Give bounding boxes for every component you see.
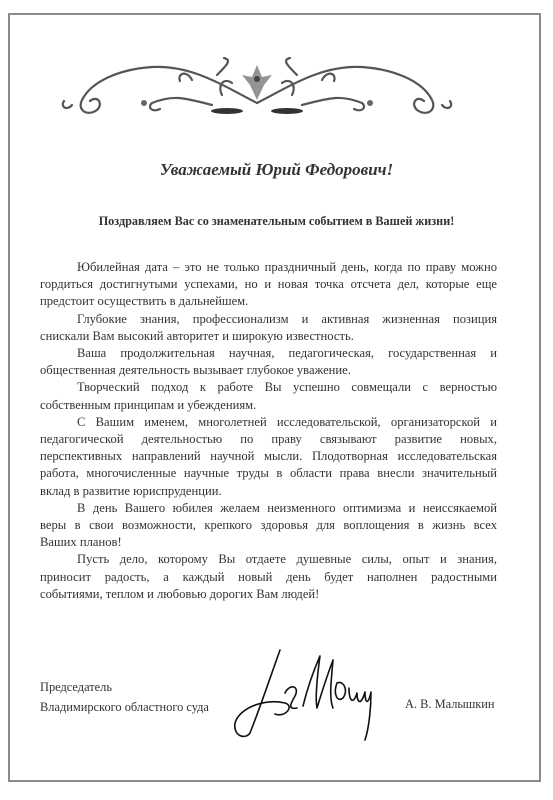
text-line: снискали Вам высокий авторитет и широкую… [40, 328, 497, 345]
paragraph: Пусть дело, которому Вы отдаете душевные… [40, 551, 497, 603]
signatory-position: Председатель Владимирского областного су… [40, 677, 209, 717]
letter-body: Юбилейная дата – это не только праздничн… [40, 259, 497, 603]
paragraph: С Вашим именем, многолетней исследовател… [40, 414, 497, 500]
text-line: собственным принципам и убеждениям. [40, 397, 497, 414]
paragraph: Юбилейная дата – это не только праздничн… [40, 259, 497, 311]
text-line: перспективных направлений научной мысли.… [40, 448, 497, 465]
text-line: веры в свои возможности, крепкого здоров… [40, 517, 497, 534]
text-line: общественная деятельность вызывает глубо… [40, 362, 497, 379]
letter-salutation: Уважаемый Юрий Федорович! [0, 160, 553, 180]
signatory-title: Председатель [40, 677, 209, 697]
text-line: вклад в развитие юриспруденции. [40, 483, 497, 500]
letter-subtitle: Поздравляем Вас со знаменательным событи… [0, 214, 553, 229]
signatory-organization: Владимирского областного суда [40, 697, 209, 717]
text-line: Творческий подход к работе Вы успешно со… [40, 379, 497, 396]
paragraph: Творческий подход к работе Вы успешно со… [40, 379, 497, 413]
text-line: педагогической деятельностью по праву св… [40, 431, 497, 448]
handwritten-signature-icon [225, 648, 385, 743]
text-line: приносит радость, а каждый новый день бу… [40, 569, 497, 586]
baroque-scroll-ornament-icon [52, 55, 462, 125]
paragraph: Глубокие знания, профессионализм и актив… [40, 311, 497, 345]
paragraph: В день Вашего юбилея желаем неизменного … [40, 500, 497, 552]
text-line: событиями, теплом и любовью дорогих Вам … [40, 586, 497, 603]
text-line: работа, многочисленные научные труды в о… [40, 465, 497, 482]
text-line: гордиться достигнутыми успехами, но и но… [40, 276, 497, 293]
text-line: Глубокие знания, профессионализм и актив… [40, 311, 497, 328]
text-line: Ваша продолжительная научная, педагогиче… [40, 345, 497, 362]
text-line: Ваших планов! [40, 534, 497, 551]
text-line: С Вашим именем, многолетней исследовател… [40, 414, 497, 431]
paragraph: Ваша продолжительная научная, педагогиче… [40, 345, 497, 379]
text-line: предстоит осуществить в дальнейшем. [40, 293, 497, 310]
signatory-name: А. В. Малышкин [405, 697, 495, 712]
text-line: Юбилейная дата – это не только праздничн… [40, 259, 497, 276]
text-line: В день Вашего юбилея желаем неизменного … [40, 500, 497, 517]
text-line: Пусть дело, которому Вы отдаете душевные… [40, 551, 497, 568]
